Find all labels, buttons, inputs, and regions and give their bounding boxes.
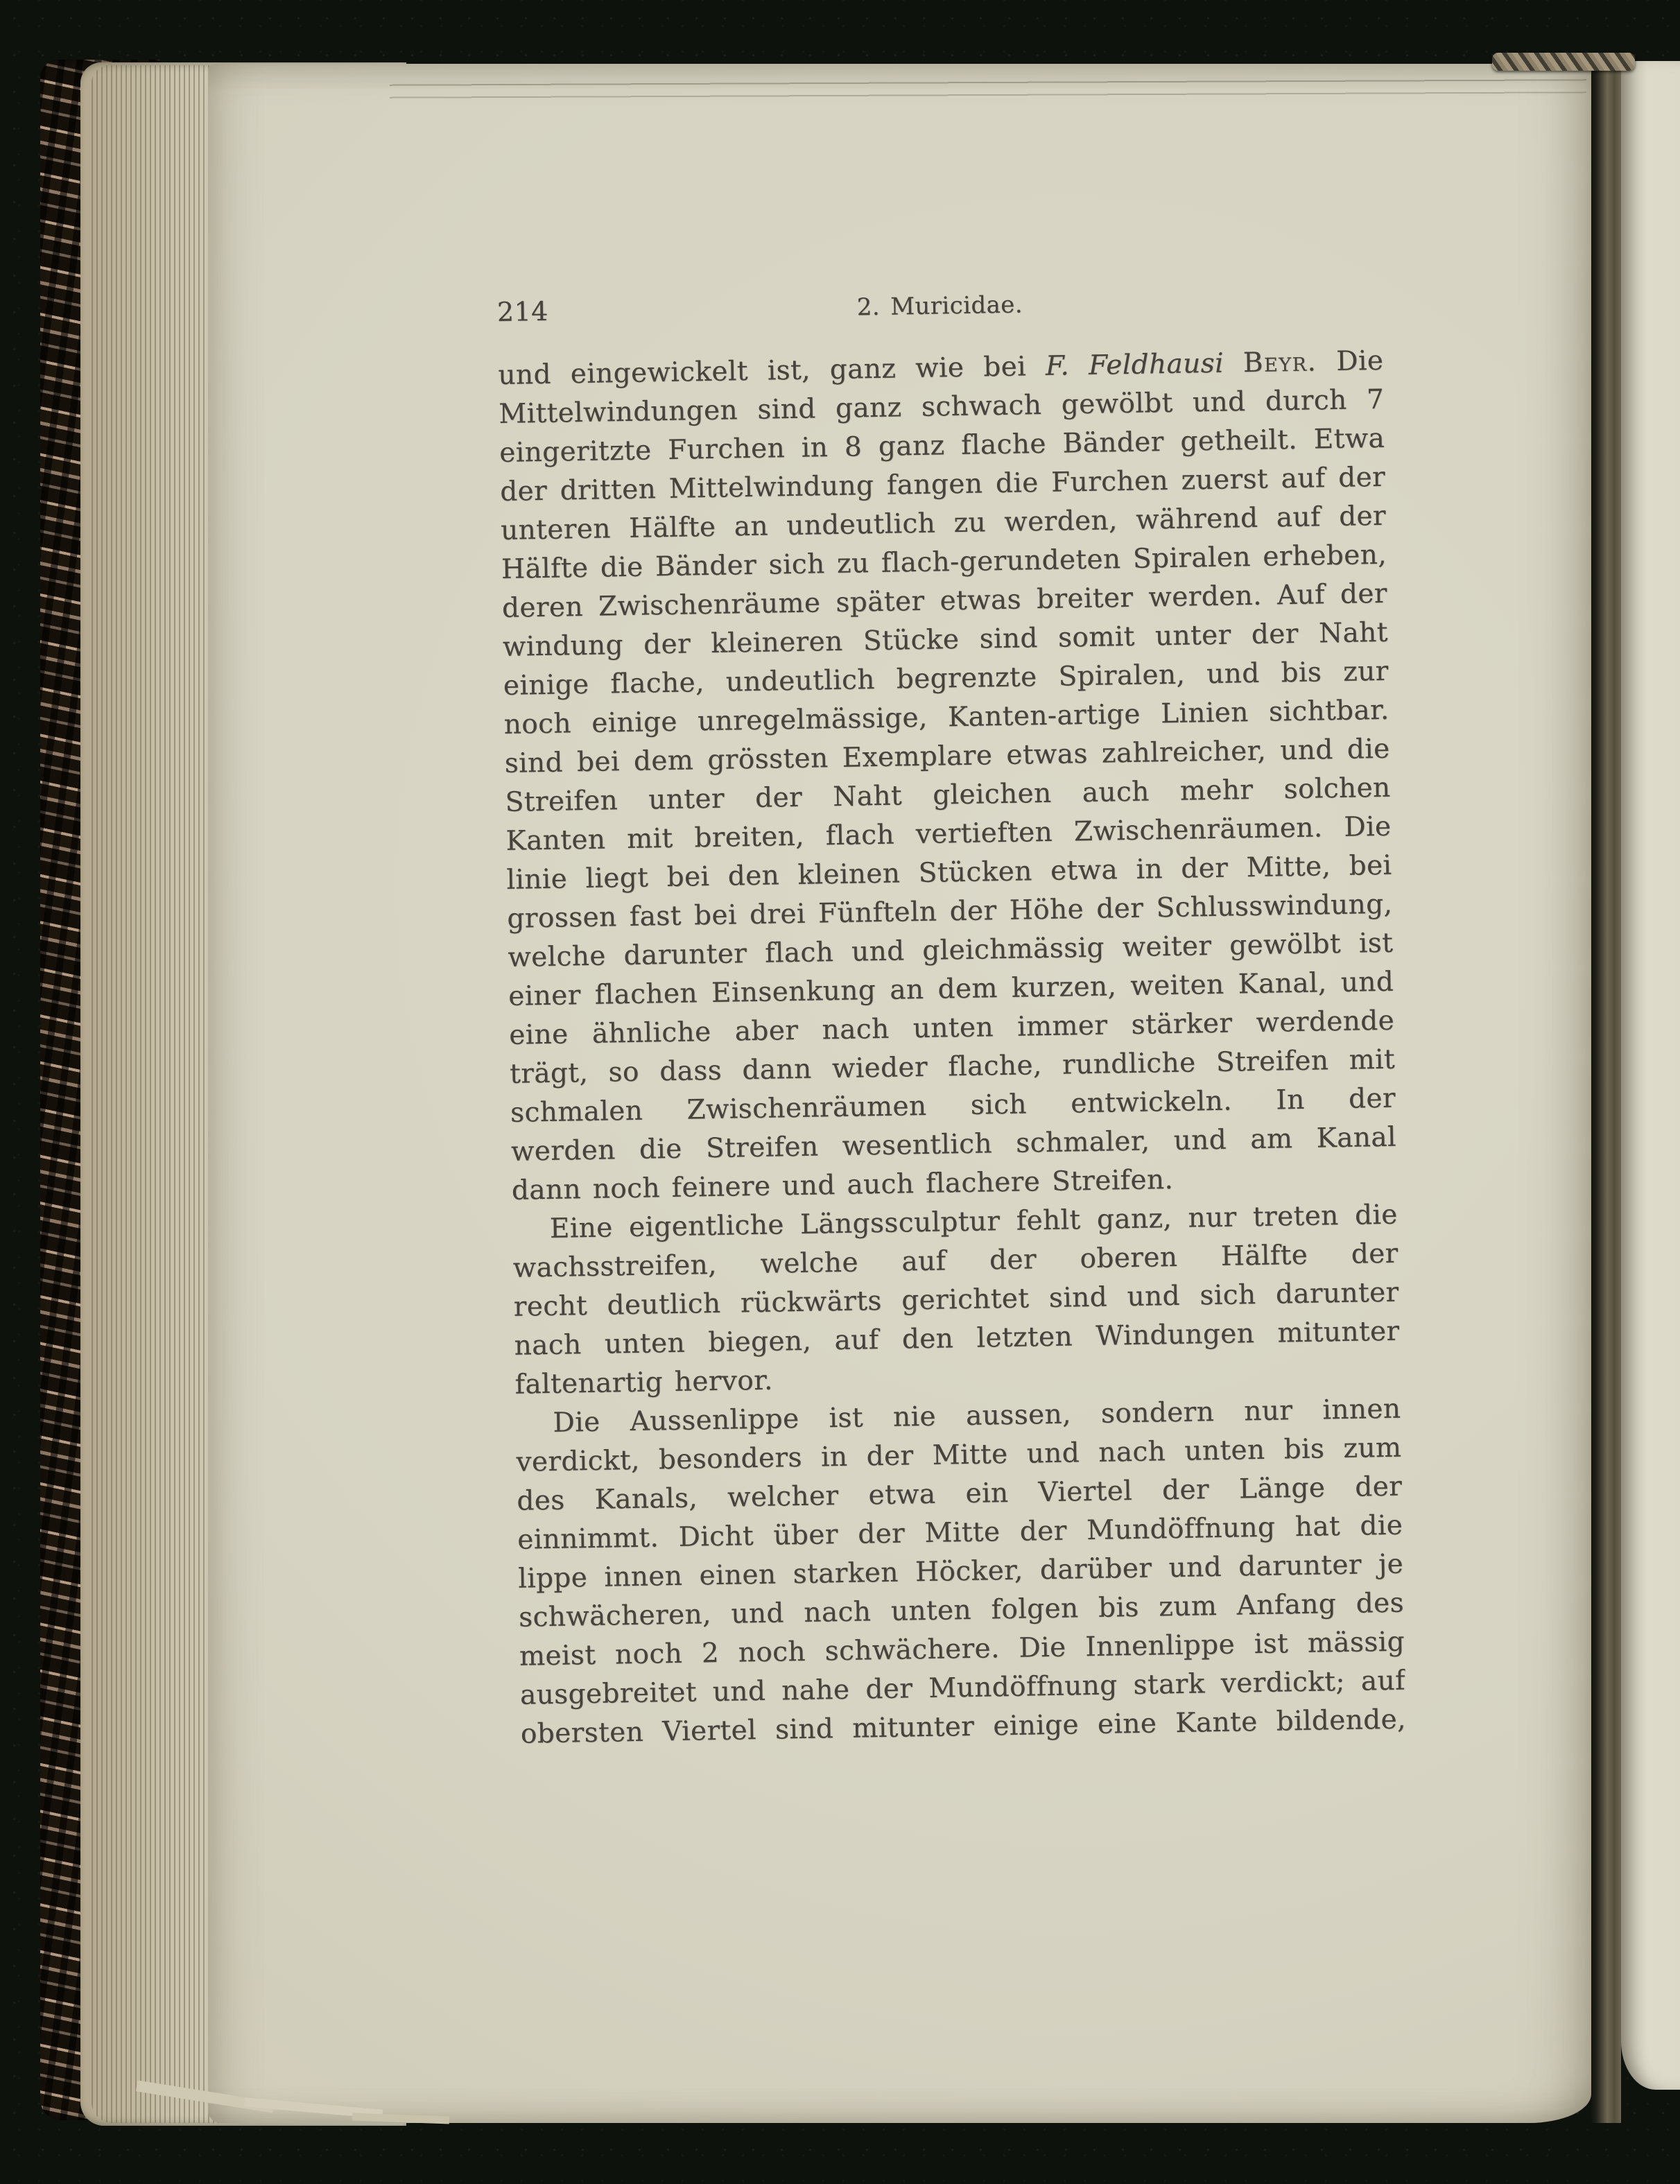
page-top-edge-lines bbox=[390, 73, 1586, 104]
running-title: 2. Muricidae. bbox=[856, 285, 1023, 327]
facing-page-edge bbox=[1621, 61, 1680, 2090]
headband bbox=[1492, 53, 1635, 71]
text-block: 214 2. Muricidae. und eingewickelt ist, … bbox=[498, 342, 1406, 1754]
gutter-shadow bbox=[1591, 62, 1621, 2123]
book-photo: 214 2. Muricidae. und eingewickelt ist, … bbox=[0, 0, 1680, 2184]
page-number: 214 bbox=[496, 292, 548, 331]
